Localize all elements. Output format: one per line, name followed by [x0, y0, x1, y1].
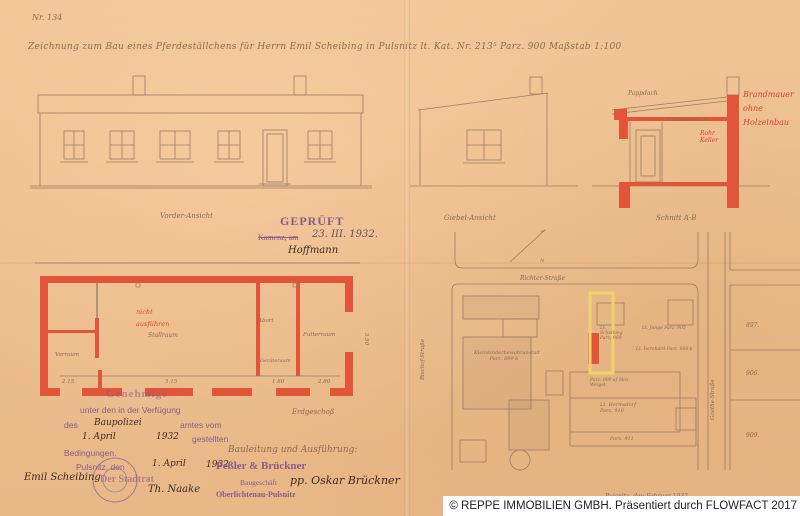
parcel-911: Parz. 911 [610, 436, 634, 442]
parcel-900: Lt. Scheibing Parz. 900 [600, 326, 630, 341]
parcel-905: Lt. Junge Parz. 905 [642, 326, 686, 331]
room-stallraum: Stallraum [148, 332, 178, 339]
permit-line-4: Bedingungen. [64, 448, 116, 458]
room-futterraum: Futterraum [303, 332, 335, 338]
street-left: Bischof-Straße [420, 339, 426, 380]
builder-location: Oberlichtenau-Pulsnitz [216, 490, 296, 499]
parcel-910: Lt. Hermsdorf Parz. 910 [600, 402, 644, 414]
builder-signature: pp. Oskar Brückner [290, 474, 400, 487]
permit-place-date: 1. April [152, 459, 186, 469]
document-title: Zeichnung zum Bau eines Pferdeställchens… [28, 42, 778, 52]
parcel-number-909: 909. [746, 432, 759, 439]
permit-line-1: unter den in der Verfügung [80, 405, 181, 415]
floor-plan-label: Erdgeschoß [292, 408, 334, 416]
red-walls [40, 95, 739, 396]
section-room-note: Rohr Keller [700, 130, 726, 144]
street-right: Goethe-Straße [710, 379, 716, 420]
permit-place: Pulsnitz, den [76, 462, 125, 472]
dimension-3: 1.80 [272, 379, 284, 385]
street-top: Richter-Straße [520, 275, 565, 282]
dimension-4: 2.80 [318, 379, 330, 385]
builder-note: Bauleitung und Ausführung: [228, 445, 357, 455]
approved-stamp-date: 23. III. 1932. [312, 229, 378, 240]
city-council-stamp: Der Stadtrat [100, 474, 154, 485]
side-elevation [410, 77, 578, 186]
builder-company: Peßler & Brückner [216, 460, 306, 472]
room-vorraum: Vorraum [55, 352, 79, 358]
permit-line-2-prefix: des [64, 420, 78, 430]
copyright-notice: © REPPE IMMOBILIEN GMBH. Präsentiert dur… [443, 496, 800, 516]
approved-stamp-title: GEPRÜFT [280, 214, 344, 229]
room-abort: Abort [258, 318, 274, 324]
front-elevation [30, 76, 372, 188]
dimension-2: 5.15 [165, 379, 177, 385]
approved-stamp-prefix: Kamenz, am [258, 233, 298, 242]
permit-line-2-suffix: amtes vom [180, 420, 222, 430]
architectural-drawing [0, 0, 800, 516]
section-red-note: Brandmauer ohne Holzeinbau [743, 88, 795, 130]
builder-type: Baugeschäft [240, 478, 277, 487]
parcel-number-897: 897. [746, 322, 759, 329]
permit-line-3-suffix: gestellten [192, 434, 228, 444]
document-number: Nr. 134 [32, 13, 62, 22]
permit-stamp-header: Genehmigt [106, 388, 167, 400]
mayor-signature: Th. Naake [148, 484, 200, 495]
section-ceiling-label: Holzbalkendecke [666, 117, 710, 123]
room-geraeteraum: Geräteraum [260, 358, 291, 364]
approved-signature: Hoffmann [288, 245, 338, 256]
floor-plan-red-note: nicht ausführen [136, 306, 158, 330]
parcel-900af: Parz. 900 af Max Weigel [590, 378, 630, 388]
dimension-1: 2.15 [62, 379, 74, 385]
section-roof-label: Pappdach [628, 90, 658, 97]
north-arrow-label: N [540, 258, 544, 264]
dimension-5: 5.50 [363, 333, 369, 345]
permit-line-2-ink: Baupolizei [94, 418, 142, 428]
side-elevation-label: Giebel-Ansicht [444, 214, 496, 222]
permit-line-3-year: 1932 [156, 432, 179, 442]
owner-signature: Emil Scheibing [24, 472, 101, 483]
permit-line-3-ink: 1. April [82, 432, 116, 442]
section-label: Schnitt A-B [656, 214, 696, 222]
parcel-number-906: 906. [746, 370, 759, 377]
front-elevation-label: Vorder-Ansicht [160, 212, 213, 220]
parcel-899b: Kleinkinderbewahranstalt Parz. 899 b [474, 350, 534, 362]
parcel-908b: Lt. Bernhard Parz. 908 b [636, 347, 693, 352]
